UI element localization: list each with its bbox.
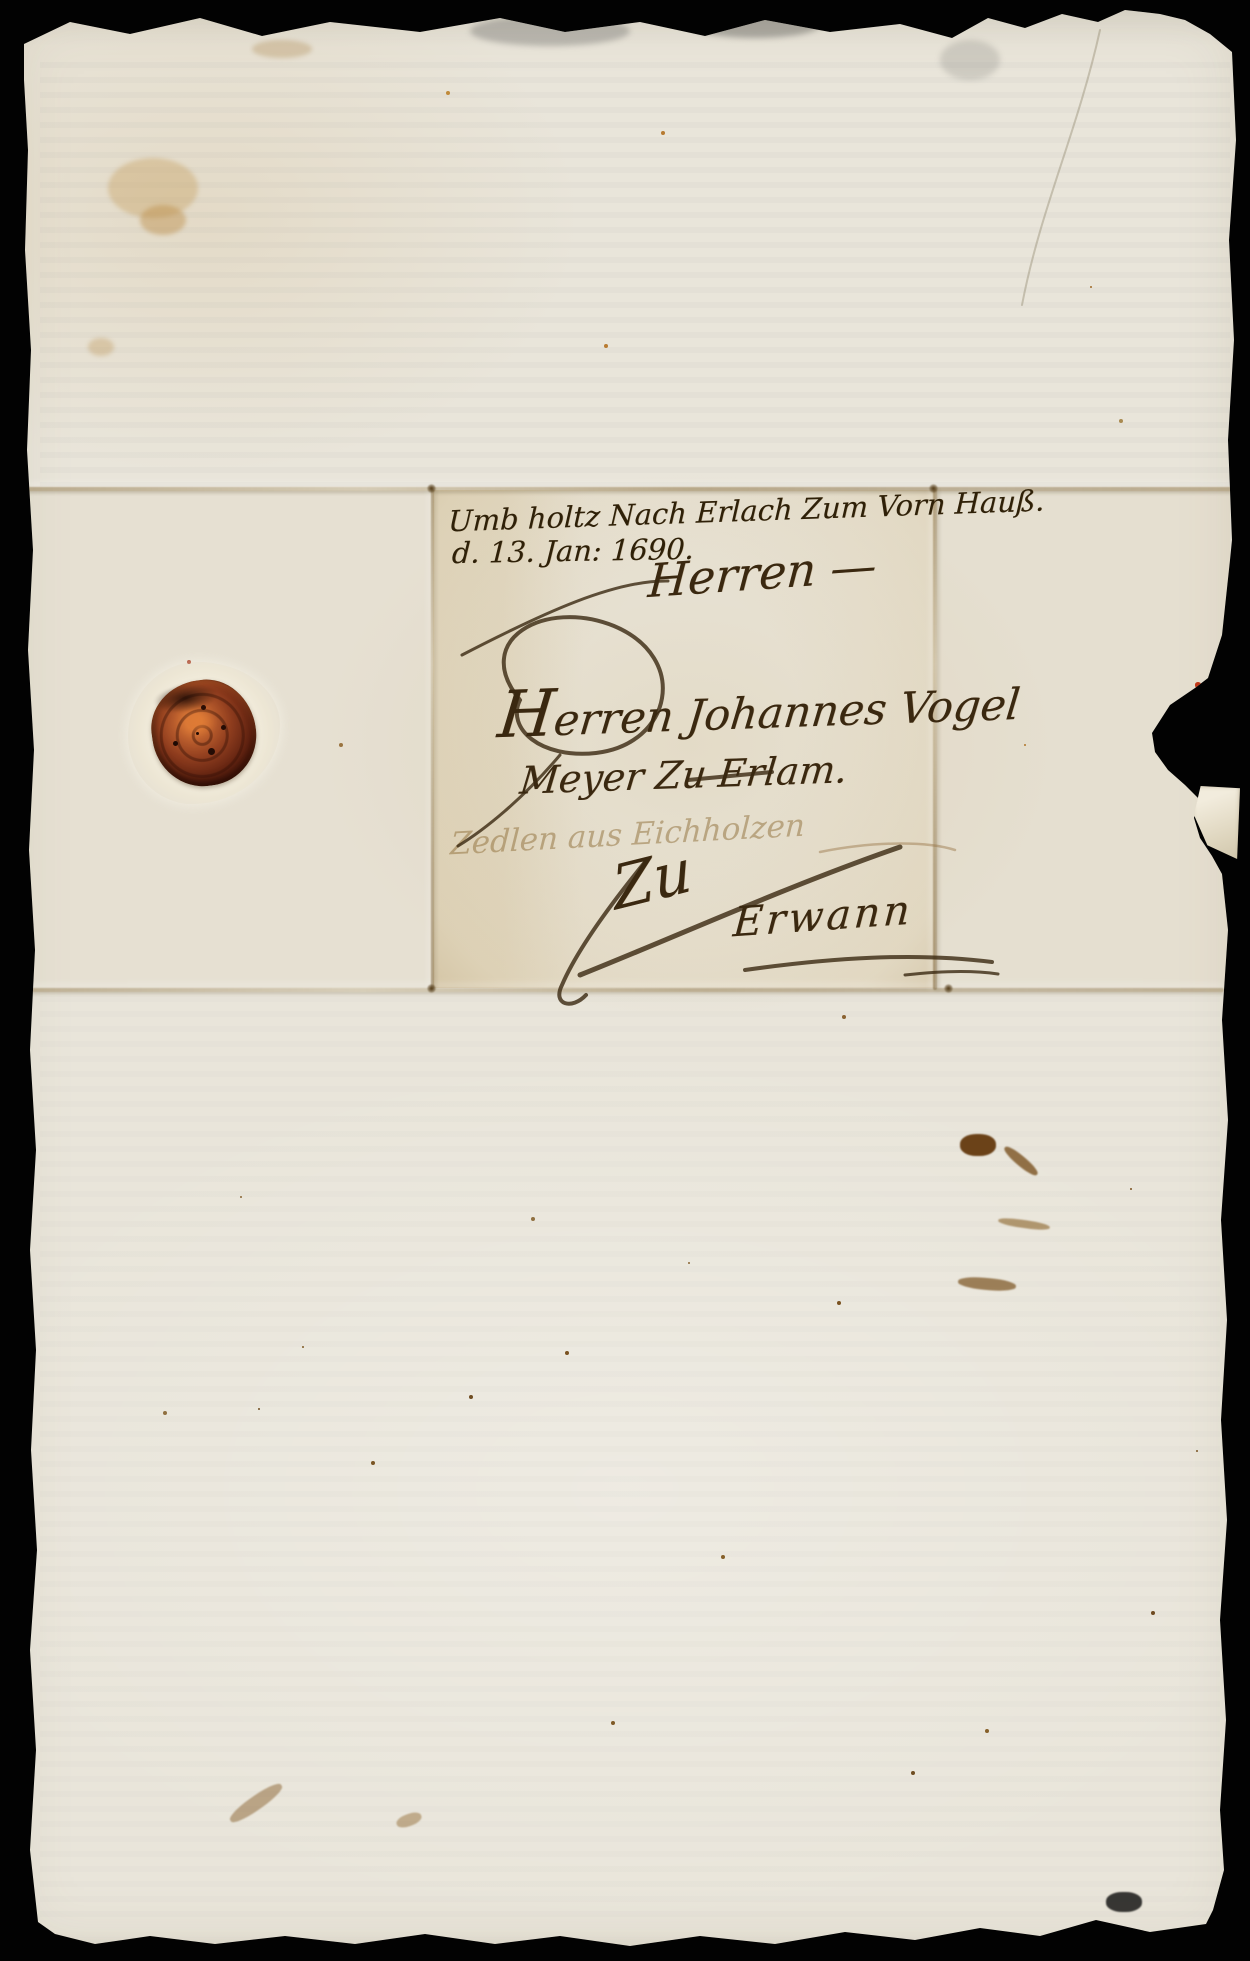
edge-smudge bbox=[940, 40, 1000, 80]
black-smudge bbox=[1106, 1892, 1142, 1912]
preposition-zu: Zu bbox=[610, 840, 694, 920]
ink-bleed-mark bbox=[998, 1216, 1051, 1231]
dirt-streak bbox=[227, 1779, 286, 1826]
horizontal-fold-lower bbox=[29, 988, 1224, 992]
dirt-streak bbox=[395, 1810, 424, 1830]
ink-bleed-mark bbox=[960, 1134, 996, 1156]
addressee-line: Herren Johannes Vogel bbox=[495, 675, 1023, 745]
fold-junction bbox=[944, 984, 953, 993]
ink-bleed-mark bbox=[1002, 1144, 1041, 1179]
edge-smudge bbox=[690, 12, 820, 38]
handwriting-flourishes bbox=[0, 0, 1250, 1961]
foxing-stain bbox=[140, 205, 186, 235]
edge-smudge bbox=[470, 16, 630, 46]
showthrough-text-lower bbox=[40, 996, 1220, 1926]
horizontal-fold-upper bbox=[27, 487, 1232, 491]
note-line: Umb holtz Nach Erlach Zum Vorn Hauß. bbox=[448, 487, 1045, 537]
foxing-stain bbox=[88, 338, 114, 356]
letter-paper-sheet: Umb holtz Nach Erlach Zum Vorn Hauß. d. … bbox=[0, 0, 1250, 1961]
showthrough-text-upper bbox=[40, 62, 1230, 486]
vertical-fold-right bbox=[933, 489, 937, 990]
ink-bleed-mark bbox=[958, 1275, 1017, 1292]
seal-surface-pits bbox=[196, 732, 199, 735]
fold-junction bbox=[427, 484, 436, 493]
paper-specks bbox=[0, 0, 2, 2]
fold-junction bbox=[427, 984, 436, 993]
salutation-line: Herren — bbox=[647, 542, 878, 604]
place-name: Erwann bbox=[732, 890, 914, 944]
right-panel-tint bbox=[935, 490, 1230, 988]
addressee-title-line: Meyer Zu Erlam. bbox=[518, 750, 849, 800]
foxing-stain bbox=[252, 40, 312, 58]
photograph-background: Umb holtz Nach Erlach Zum Vorn Hauß. d. … bbox=[0, 0, 1250, 1961]
vertical-fold-left bbox=[431, 489, 434, 989]
